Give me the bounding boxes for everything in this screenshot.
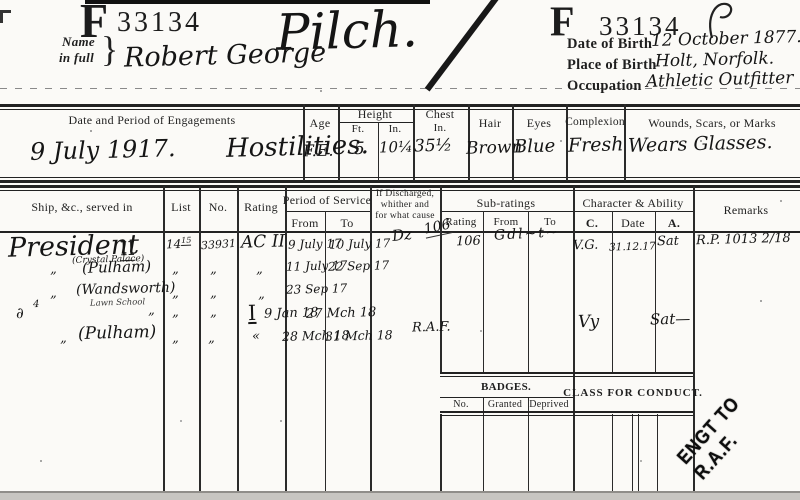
ship-note: (Wandsworth) (76, 280, 176, 299)
col-height-in: In. (389, 123, 402, 135)
chest-value: 35½ (414, 136, 453, 157)
character-date: 31.12.17 (609, 240, 656, 253)
ditto-mark: „ (60, 331, 67, 346)
occupation-value: Athletic Outfitter (646, 68, 794, 92)
character-value: V.G. (573, 238, 599, 254)
col-age: Age (310, 116, 331, 131)
col-discharged-line3: for what cause (375, 211, 435, 221)
wounds-value: Wears Glasses. (628, 131, 773, 157)
table-border (0, 185, 800, 188)
table-border (638, 414, 639, 491)
table-border (612, 414, 613, 491)
ditto-mark: „ (258, 287, 265, 302)
col-complexion: Complexion (565, 116, 625, 128)
service-record-card: F 33134 Name in full } Robert George Pil… (0, 0, 800, 500)
complexion-value: Fresh (568, 133, 624, 156)
engagement-date: 9 July 1917. (30, 134, 176, 166)
height-in-value: 10¼ (379, 138, 413, 157)
ditto-mark: „ (50, 286, 57, 301)
table-border (0, 177, 800, 178)
table-border (0, 180, 800, 183)
scan-corner-mark (0, 10, 3, 23)
to-value: 27 Mch 18 (306, 305, 377, 322)
ability-value: Sat (657, 234, 679, 250)
table-border (440, 397, 573, 398)
service-number: 33931 (201, 237, 237, 252)
discharged-value: R.A.F. (412, 319, 451, 335)
dob-label: Date of Birth (567, 36, 652, 53)
col-list: List (171, 200, 191, 215)
col-period-of-service: Period of Service (283, 193, 371, 208)
ditto-mark: « (252, 329, 260, 344)
ship-note: (Pulham) (82, 257, 152, 277)
engagement-period: Hostilities. (226, 130, 370, 164)
name-label-line2: in full (59, 50, 94, 66)
serial-number-left: 33134 (117, 9, 202, 37)
col-a: A. (668, 216, 680, 231)
pen-slash-mark (425, 0, 502, 91)
col-hair: Hair (479, 116, 502, 131)
col-to: To (340, 216, 353, 231)
from-value: 23 Sep 17 (286, 281, 348, 297)
ditto-mark: „ (50, 262, 57, 277)
table-border (0, 104, 800, 107)
table-border (440, 372, 693, 374)
list-value: 1415 (166, 236, 192, 252)
col-wounds: Wounds, Scars, or Marks (648, 116, 776, 131)
table-border (237, 186, 239, 491)
ditto-mark: „ (172, 331, 179, 346)
col-height: Height (358, 107, 392, 122)
table-border (440, 414, 442, 491)
ditto-mark: „ (172, 305, 179, 320)
eyes-value: Blue (514, 135, 556, 157)
col-chest: Chest (426, 107, 455, 122)
col-c: C. (586, 216, 598, 231)
engt-to-raf-stamp: ENGT TO R.A.F. (673, 356, 796, 485)
pob-label: Place of Birth (567, 57, 657, 74)
ship-note-2: Lawn School (90, 297, 145, 308)
ditto-mark: „ (172, 286, 179, 301)
table-border (632, 414, 633, 491)
col-date: Date (621, 216, 645, 231)
table-border (612, 211, 613, 372)
ditto-mark: „ (172, 262, 179, 277)
table-border (338, 122, 413, 123)
col-discharged-line1: If Discharged, (376, 189, 434, 199)
pen-mark: ∂ (16, 304, 24, 322)
scrawl: Gdl~t~ (494, 224, 560, 243)
col-engagements: Date and Period of Engagements (69, 113, 236, 128)
col-remarks: Remarks (724, 203, 769, 218)
col-chest-in: In. (434, 122, 447, 134)
col-eyes: Eyes (527, 116, 552, 131)
ability-value: Sat— (650, 309, 691, 328)
table-border (440, 376, 693, 377)
remarks-value: R.P. 1013 2/18 (696, 231, 791, 248)
badges-deprived: Deprived (529, 399, 569, 410)
table-border (163, 186, 165, 491)
name-brace: } (101, 28, 119, 70)
table-border (0, 109, 800, 110)
ditto-mark: „ (256, 262, 263, 277)
col-discharged-line2: whither and (381, 200, 429, 210)
class-for-conduct: CLASS FOR CONDUCT. (563, 387, 703, 399)
scrawl: 106 (456, 234, 481, 250)
table-border (483, 211, 484, 372)
table-border (573, 186, 575, 491)
col-subratings: Sub-ratings (477, 196, 536, 211)
to-value: 31 Mch 18 (325, 327, 393, 344)
ditto-mark: „ (208, 331, 215, 346)
occupation-label: Occupation (567, 78, 642, 95)
col-rating: Rating (244, 200, 278, 215)
col-from: From (291, 216, 318, 231)
to-value: 22 Sep 17 (328, 258, 390, 274)
table-border (440, 415, 693, 416)
badges-granted: Granted (488, 399, 522, 410)
col-no: No. (209, 200, 228, 215)
col-character-ability: Character & Ability (582, 196, 683, 211)
table-border (440, 186, 442, 372)
badges-title: BADGES. (481, 381, 531, 393)
to-value: 10 July 17 (329, 236, 391, 252)
ditto-mark: „ (148, 303, 155, 318)
ditto-mark: „ (210, 262, 217, 277)
ditto-mark: „ (210, 305, 217, 320)
col-ship: Ship, &c., served in (31, 200, 132, 215)
list-sup: 15 (181, 236, 191, 246)
character-value: Vy (578, 312, 600, 333)
ship-note: (Pulham) (78, 322, 157, 344)
name-label-line1: Name (62, 34, 95, 50)
age-value: F.E. (303, 141, 334, 161)
surname-handwritten: Pilch. (275, 0, 418, 62)
dob-value: 12 October 1877. (651, 27, 800, 51)
scrawl: Dz (391, 225, 413, 245)
table-border (325, 211, 326, 491)
scan-bottom-edge (0, 491, 800, 500)
table-border (285, 211, 370, 212)
rating-value: AC II (241, 231, 286, 252)
ditto-mark: „ (210, 286, 217, 301)
table-border (199, 186, 201, 491)
table-border (440, 411, 693, 413)
badges-no: No. (453, 399, 469, 410)
list-main: 14 (166, 237, 182, 251)
pen-mark: 4 (33, 299, 40, 310)
height-ft-value: 5 (354, 139, 365, 159)
table-border (657, 414, 658, 491)
rating-value: I (248, 301, 257, 325)
